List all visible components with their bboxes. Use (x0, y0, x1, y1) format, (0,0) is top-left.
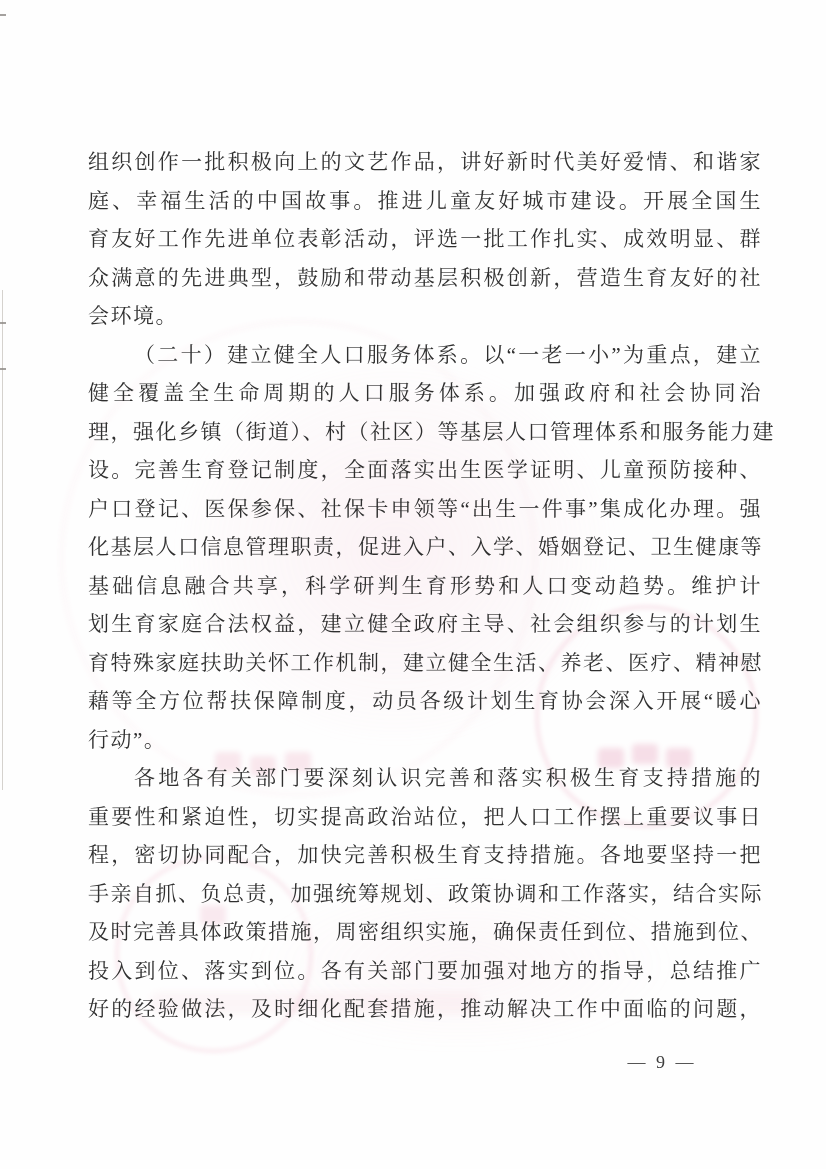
text-line: 众满意的先进典型，鼓励和带动基层积极创新，营造生育友好的社 (88, 259, 762, 298)
text-line: 庭、幸福生活的中国故事。推进儿童友好城市建设。开展全国生 (88, 182, 762, 221)
text-line: 设。完善生育登记制度，全面落实出生医学证明、儿童预防接种、 (88, 451, 762, 490)
text-line: 会环境。 (88, 297, 762, 336)
scan-edge-mark (0, 322, 6, 324)
text-line: 理，强化乡镇（街道）、村（社区）等基层人口管理体系和服务能力建 (88, 413, 762, 452)
document-text: 组织创作一批积极向上的文艺作品，讲好新时代美好爱情、和谐家庭、幸福生活的中国故事… (88, 143, 762, 1029)
text-line: 投入到位、落实到位。各有关部门要加强对地方的指导，总结推广 (88, 952, 762, 991)
text-line: 手亲自抓、负总责，加强统筹规划、政策协调和工作落实，结合实际 (88, 875, 762, 914)
text-line: 好的经验做法，及时细化配套措施，推动解决工作中面临的问题， (88, 990, 762, 1029)
text-line: 育特殊家庭扶助关怀工作机制，建立健全生活、养老、医疗、精神慰 (88, 644, 762, 683)
page-number: — 9 — (602, 1052, 722, 1073)
text-line: 重要性和紧迫性，切实提高政治站位，把人口工作摆上重要议事日 (88, 798, 762, 837)
scanned-document-page: 组织创作一批积极向上的文艺作品，讲好新时代美好爱情、和谐家庭、幸福生活的中国故事… (0, 0, 826, 1169)
text-line: 基础信息融合共享，科学研判生育形势和人口变动趋势。维护计 (88, 567, 762, 606)
text-line: 户口登记、医保参保、社保卡申领等“出生一件事”集成化办理。强 (88, 490, 762, 529)
text-line: 健全覆盖全生命周期的人口服务体系。加强政府和社会协同治 (88, 374, 762, 413)
text-line: 划生育家庭合法权益，建立健全政府主导、社会组织参与的计划生 (88, 605, 762, 644)
text-line: 各地各有关部门要深刻认识完善和落实积极生育支持措施的 (88, 759, 762, 798)
text-line: 藉等全方位帮扶保障制度，动员各级计划生育协会深入开展“暖心 (88, 682, 762, 721)
text-line: 组织创作一批积极向上的文艺作品，讲好新时代美好爱情、和谐家 (88, 143, 762, 182)
text-line: 行动”。 (88, 721, 762, 760)
scan-edge-mark (0, 368, 6, 370)
text-line: 程，密切协同配合，加快完善积极生育支持措施。各地要坚持一把 (88, 836, 762, 875)
scan-edge-mark (0, 14, 6, 16)
scan-edge-line (2, 290, 3, 790)
text-line: 育友好工作先进单位表彰活动，评选一批工作扎实、成效明显、群 (88, 220, 762, 259)
text-line: 及时完善具体政策措施，周密组织实施，确保责任到位、措施到位、 (88, 913, 762, 952)
text-line: （二十）建立健全人口服务体系。以“一老一小”为重点，建立 (88, 336, 762, 375)
text-line: 化基层人口信息管理职责，促进入户、入学、婚姻登记、卫生健康等 (88, 528, 762, 567)
